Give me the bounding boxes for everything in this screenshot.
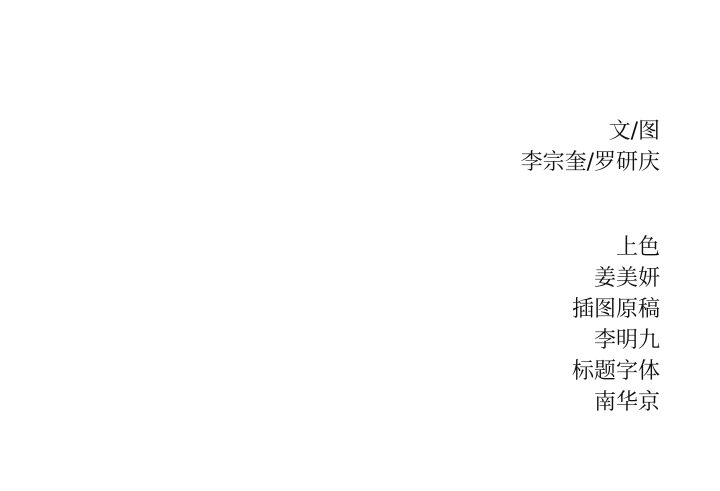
credit-role-title-font: 标题字体: [572, 356, 660, 387]
credit-role-writer-artist: 文/图: [521, 116, 660, 147]
credit-name-coloring: 姜美妍: [572, 263, 660, 294]
credit-names-writer-artist: 李宗奎/罗研庆: [521, 147, 660, 178]
credit-role-coloring: 上色: [572, 232, 660, 263]
credit-role-illustration-draft: 插图原稿: [572, 294, 660, 325]
staff-credits: 上色 姜美妍 插图原稿 李明九 标题字体 南华京: [572, 232, 660, 418]
credit-name-title-font: 南华京: [572, 387, 660, 418]
author-credits: 文/图 李宗奎/罗研庆: [521, 116, 660, 178]
credit-name-illustration-draft: 李明九: [572, 325, 660, 356]
